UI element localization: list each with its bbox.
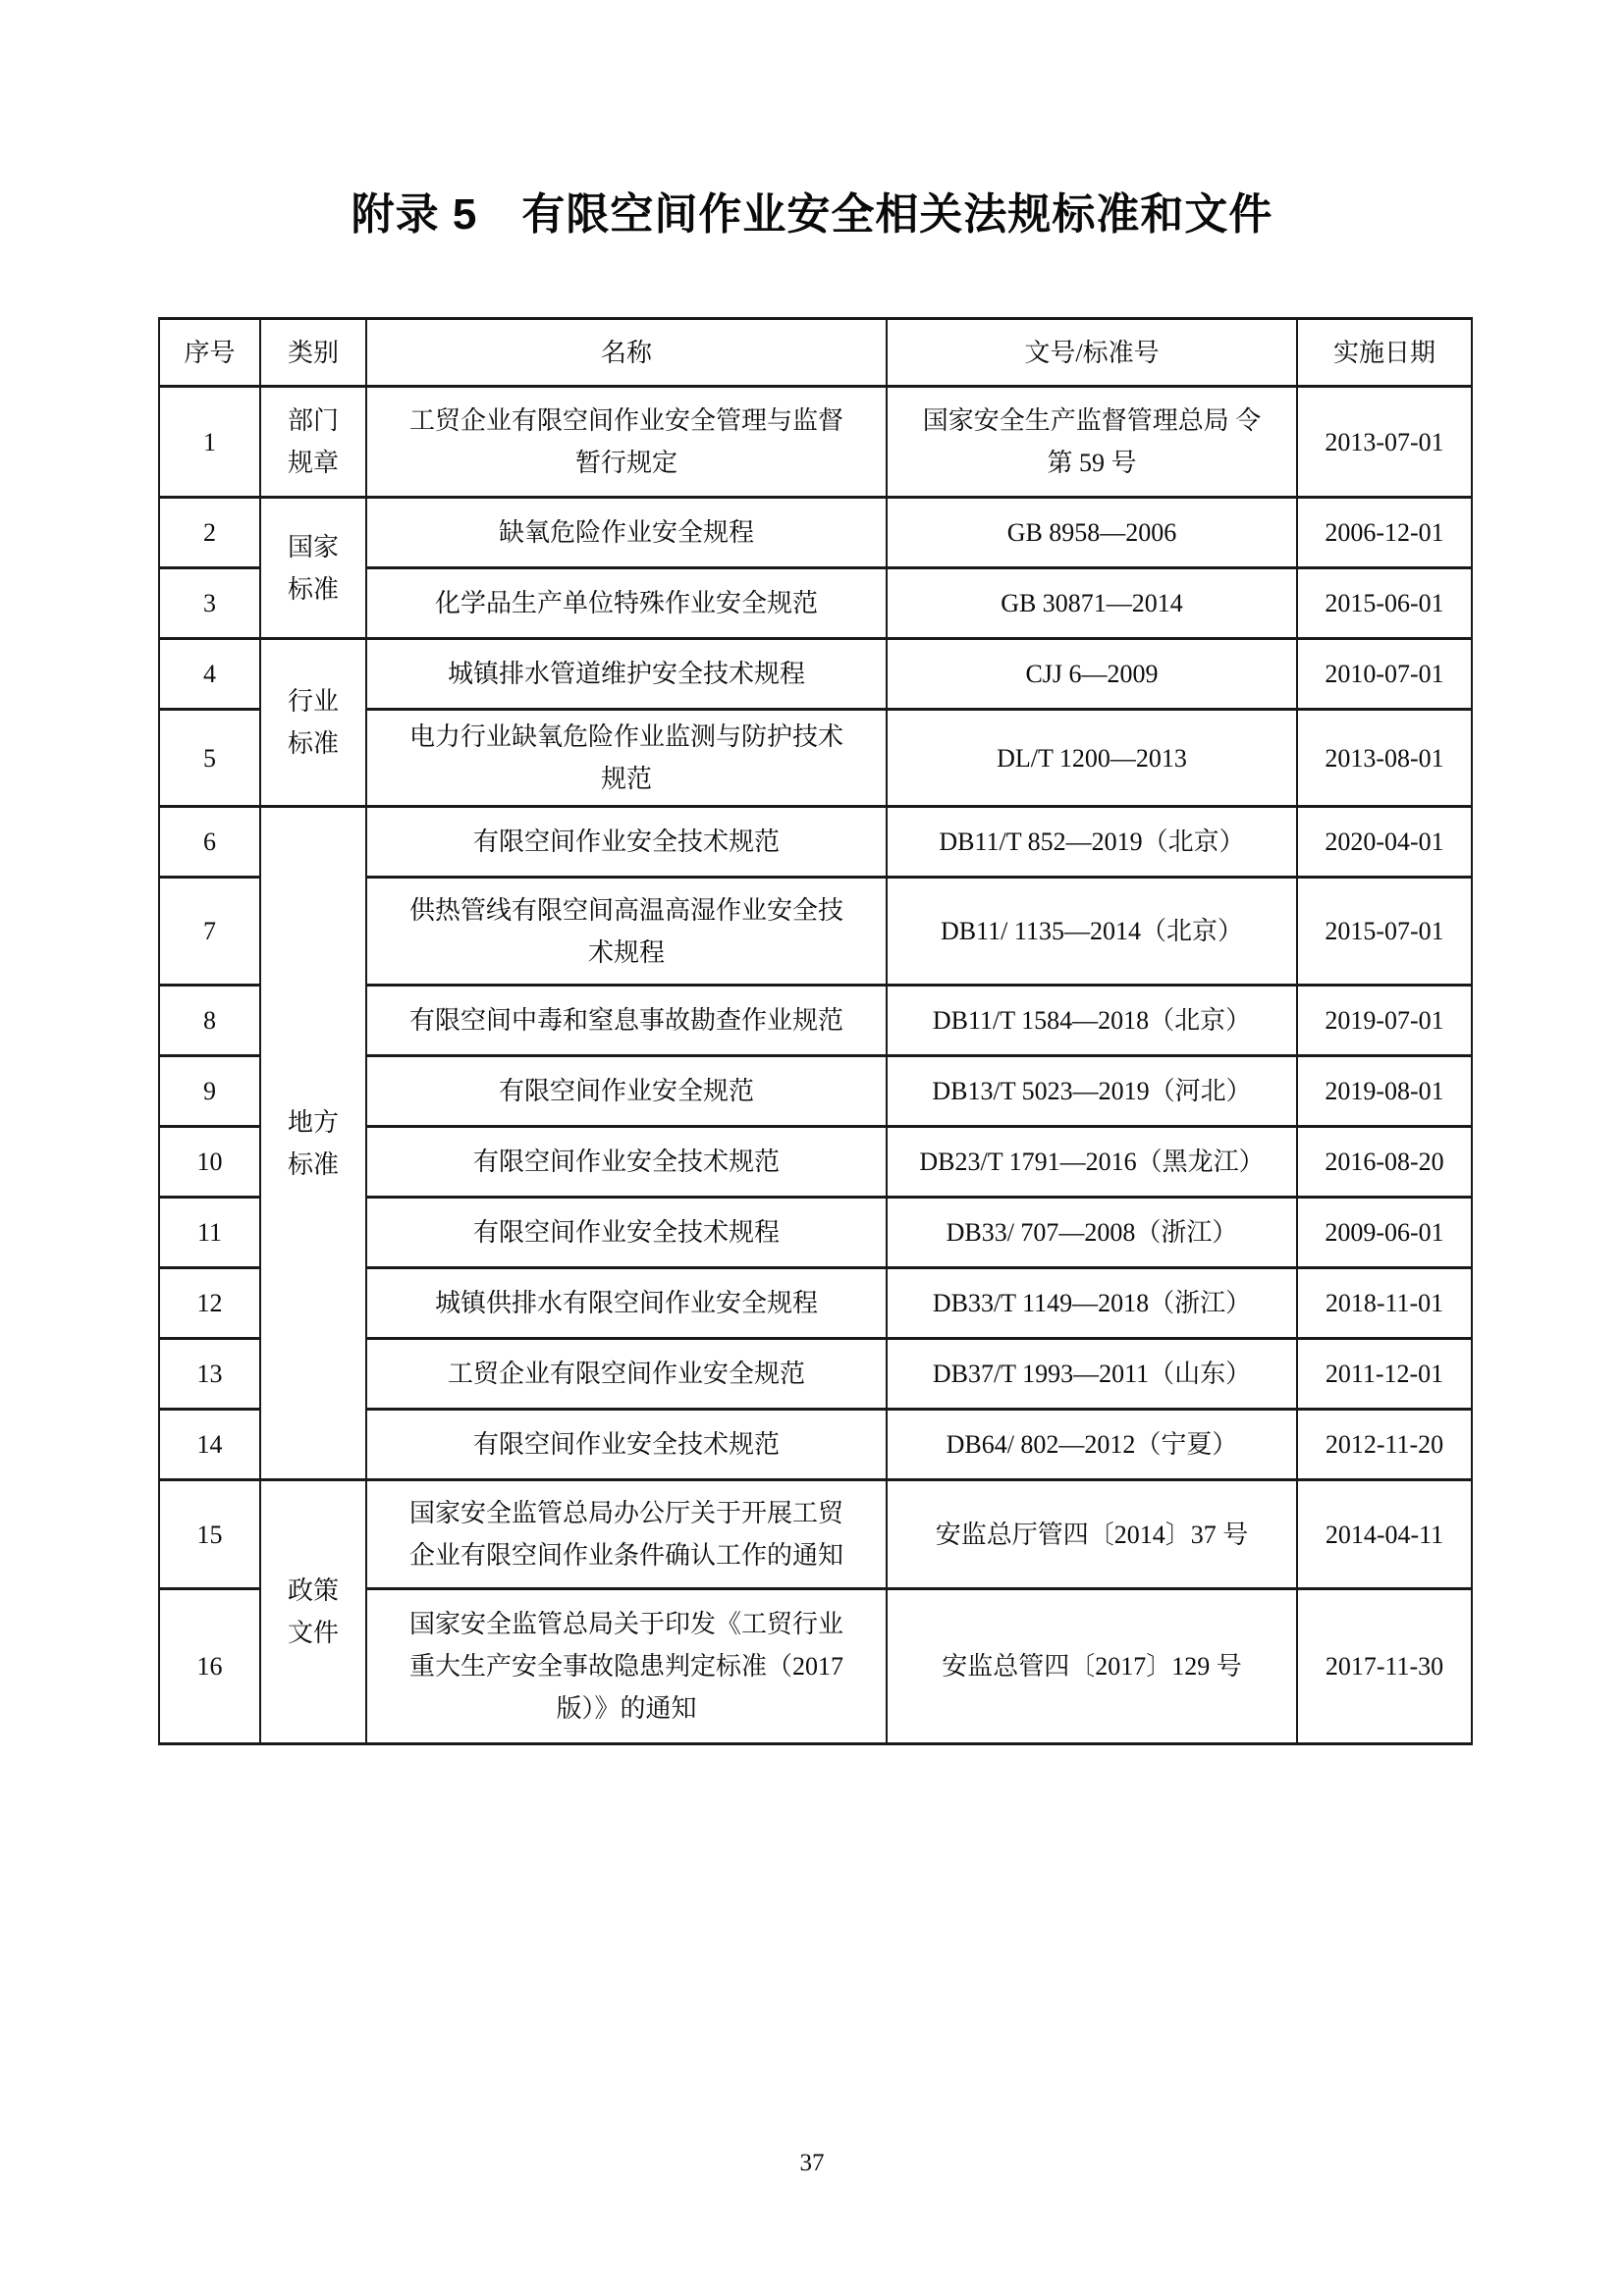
row-date: 2006-12-01 <box>1297 498 1472 568</box>
row-doc-number: DB33/T 1149—2018（浙江） <box>887 1268 1297 1339</box>
row-no: 15 <box>159 1480 260 1589</box>
row-doc-number: CJJ 6—2009 <box>887 639 1297 710</box>
row-no: 2 <box>159 498 260 568</box>
row-doc-number: 国家安全生产监督管理总局 令 第 59 号 <box>887 387 1297 498</box>
row-name: 城镇供排水有限空间作业安全规程 <box>366 1268 887 1339</box>
row-date: 2010-07-01 <box>1297 639 1472 710</box>
row-no: 3 <box>159 568 260 639</box>
row-date: 2015-07-01 <box>1297 878 1472 986</box>
row-doc-number: GB 8958—2006 <box>887 498 1297 568</box>
row-date: 2019-07-01 <box>1297 986 1472 1056</box>
row-name: 有限空间中毒和窒息事故勘查作业规范 <box>366 986 887 1056</box>
row-date: 2019-08-01 <box>1297 1056 1472 1127</box>
row-no: 12 <box>159 1268 260 1339</box>
table-row: 2 国家 标准 缺氧危险作业安全规程 GB 8958—2006 2006-12-… <box>159 498 1472 568</box>
row-no: 9 <box>159 1056 260 1127</box>
row-category: 地方 标准 <box>260 807 366 1480</box>
row-name: 城镇排水管道维护安全技术规程 <box>366 639 887 710</box>
col-header-date: 实施日期 <box>1297 319 1472 387</box>
row-doc-number: DB64/ 802—2012（宁夏） <box>887 1410 1297 1480</box>
row-doc-number: DB11/ 1135—2014（北京） <box>887 878 1297 986</box>
col-header-doc: 文号/标准号 <box>887 319 1297 387</box>
row-name: 有限空间作业安全技术规程 <box>366 1198 887 1268</box>
row-name: 国家安全监管总局关于印发《工贸行业 重大生产安全事故隐患判定标准（2017 版）… <box>366 1589 887 1744</box>
row-no: 1 <box>159 387 260 498</box>
row-name: 有限空间作业安全技术规范 <box>366 1127 887 1198</box>
row-doc-number: DB11/T 852—2019（北京） <box>887 807 1297 878</box>
table-row: 1 部门 规章 工贸企业有限空间作业安全管理与监督 暂行规定 国家安全生产监督管… <box>159 387 1472 498</box>
row-name: 缺氧危险作业安全规程 <box>366 498 887 568</box>
table-header-row: 序号 类别 名称 文号/标准号 实施日期 <box>159 319 1472 387</box>
row-date: 2017-11-30 <box>1297 1589 1472 1744</box>
table-row: 4 行业 标准 城镇排水管道维护安全技术规程 CJJ 6—2009 2010-0… <box>159 639 1472 710</box>
row-no: 6 <box>159 807 260 878</box>
table-row: 15 政策 文件 国家安全监管总局办公厅关于开展工贸 企业有限空间作业条件确认工… <box>159 1480 1472 1589</box>
table-row: 6 地方 标准 有限空间作业安全技术规范 DB11/T 852—2019（北京）… <box>159 807 1472 878</box>
row-name: 有限空间作业安全规范 <box>366 1056 887 1127</box>
row-category: 行业 标准 <box>260 639 366 807</box>
row-doc-number: DL/T 1200—2013 <box>887 710 1297 807</box>
row-date: 2013-08-01 <box>1297 710 1472 807</box>
row-no: 11 <box>159 1198 260 1268</box>
row-date: 2009-06-01 <box>1297 1198 1472 1268</box>
row-doc-number: DB13/T 5023—2019（河北） <box>887 1056 1297 1127</box>
row-category: 国家 标准 <box>260 498 366 639</box>
row-name: 国家安全监管总局办公厅关于开展工贸 企业有限空间作业条件确认工作的通知 <box>366 1480 887 1589</box>
row-name: 供热管线有限空间高温高湿作业安全技 术规程 <box>366 878 887 986</box>
row-name: 有限空间作业安全技术规范 <box>366 1410 887 1480</box>
row-date: 2016-08-20 <box>1297 1127 1472 1198</box>
row-doc-number: DB23/T 1791—2016（黑龙江） <box>887 1127 1297 1198</box>
page-number: 37 <box>0 2150 1624 2177</box>
row-category: 部门 规章 <box>260 387 366 498</box>
row-date: 2011-12-01 <box>1297 1339 1472 1410</box>
row-no: 5 <box>159 710 260 807</box>
row-date: 2013-07-01 <box>1297 387 1472 498</box>
row-doc-number: DB11/T 1584—2018（北京） <box>887 986 1297 1056</box>
row-doc-number: 安监总厅管四〔2014〕37 号 <box>887 1480 1297 1589</box>
row-date: 2012-11-20 <box>1297 1410 1472 1480</box>
row-no: 10 <box>159 1127 260 1198</box>
row-doc-number: DB37/T 1993—2011（山东） <box>887 1339 1297 1410</box>
row-date: 2020-04-01 <box>1297 807 1472 878</box>
page-title: 附录 5 有限空间作业安全相关法规标准和文件 <box>0 190 1624 240</box>
row-no: 4 <box>159 639 260 710</box>
document-page: 附录 5 有限空间作业安全相关法规标准和文件 序号 类别 名称 文号/标准号 实… <box>0 0 1624 2296</box>
row-name: 电力行业缺氧危险作业监测与防护技术 规范 <box>366 710 887 807</box>
regulations-table: 序号 类别 名称 文号/标准号 实施日期 1 部门 规章 工贸企业有限空间作业安… <box>158 317 1473 1745</box>
row-name: 工贸企业有限空间作业安全管理与监督 暂行规定 <box>366 387 887 498</box>
col-header-category: 类别 <box>260 319 366 387</box>
row-no: 14 <box>159 1410 260 1480</box>
row-doc-number: GB 30871—2014 <box>887 568 1297 639</box>
row-name: 化学品生产单位特殊作业安全规范 <box>366 568 887 639</box>
row-no: 7 <box>159 878 260 986</box>
row-category: 政策 文件 <box>260 1480 366 1744</box>
row-date: 2018-11-01 <box>1297 1268 1472 1339</box>
row-no: 8 <box>159 986 260 1056</box>
row-name: 有限空间作业安全技术规范 <box>366 807 887 878</box>
row-no: 13 <box>159 1339 260 1410</box>
row-doc-number: 安监总管四〔2017〕129 号 <box>887 1589 1297 1744</box>
col-header-no: 序号 <box>159 319 260 387</box>
col-header-name: 名称 <box>366 319 887 387</box>
row-no: 16 <box>159 1589 260 1744</box>
row-date: 2014-04-11 <box>1297 1480 1472 1589</box>
row-doc-number: DB33/ 707—2008（浙江） <box>887 1198 1297 1268</box>
row-name: 工贸企业有限空间作业安全规范 <box>366 1339 887 1410</box>
row-date: 2015-06-01 <box>1297 568 1472 639</box>
